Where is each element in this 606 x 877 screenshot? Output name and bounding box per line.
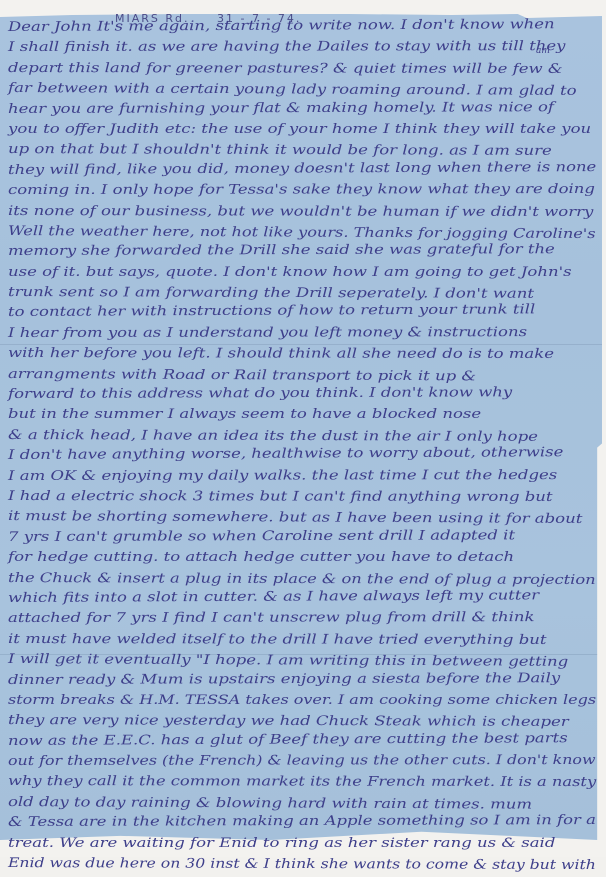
letter-line: you to offer Judith etc: the use of your…: [8, 120, 606, 140]
letter-line: attached for 7 yrs I find I can't unscre…: [8, 608, 606, 630]
letter-line: why they call it the common market its t…: [8, 772, 606, 794]
letter-line: which fits into a slot in cutter. & as I…: [8, 585, 606, 609]
letter-line: I don't have anything worse, healthwise …: [8, 442, 606, 466]
letter-line: to contact her with instructions of how …: [8, 300, 606, 324]
letter-line: hear you are furnishing your flat & maki…: [8, 97, 606, 120]
letter-line: Dear John It's me again, starting to wri…: [8, 14, 606, 38]
letter-line: storm breaks & H.M. TESSA takes over. I …: [8, 691, 606, 711]
letter-line: I hear from you as I understand you left…: [8, 323, 606, 345]
letter-line: memory she forwarded the Drill she said …: [8, 240, 606, 263]
letter-line: I had a electric shock 3 times but I can…: [8, 487, 606, 509]
letter-line: it must have welded itself to the drill …: [8, 630, 606, 652]
letter-line: treat. We are waiting for Enid to ring a…: [8, 834, 606, 854]
letter-line: dinner ready & Mum is upstairs enjoying …: [8, 668, 606, 691]
letter-line: depart this land for greener pastures? &…: [8, 59, 606, 81]
letter-line: forward to this address what do you thin…: [8, 383, 606, 406]
letter-line: use of it. but says, quote. I don't know…: [8, 263, 606, 283]
letter-line: now as the E.E.C. has a glut of Beef the…: [8, 728, 606, 752]
letter-line: coming in. I only hope for Tessa's sake …: [8, 180, 606, 202]
letter-line: they will find, like you did, money does…: [8, 157, 606, 181]
scanned-page: MIARS Rd. 31 - 7 - 74. am Dear John It's…: [0, 0, 606, 857]
letter-line: for hedge cutting. to attach hedge cutte…: [8, 548, 606, 568]
letter-line: 7 yrs I can't grumble so when Caroline s…: [8, 525, 606, 548]
letter-line: with her before you left. I should think…: [8, 344, 606, 366]
letter-line: its none of our business, but we wouldn'…: [8, 202, 606, 224]
letter-line: out for themselves (the French) & leavin…: [8, 751, 606, 773]
letter-line: I am OK & enjoying my daily walks. the l…: [8, 465, 606, 487]
letter-line: I shall finish it. as we are having the …: [8, 37, 606, 59]
letter-body: am Dear John It's me again, starting to …: [8, 18, 600, 857]
letter-line: but in the summer I always seem to have …: [8, 405, 606, 425]
letter-line: & Tessa are in the kitchen making an App…: [8, 811, 606, 834]
